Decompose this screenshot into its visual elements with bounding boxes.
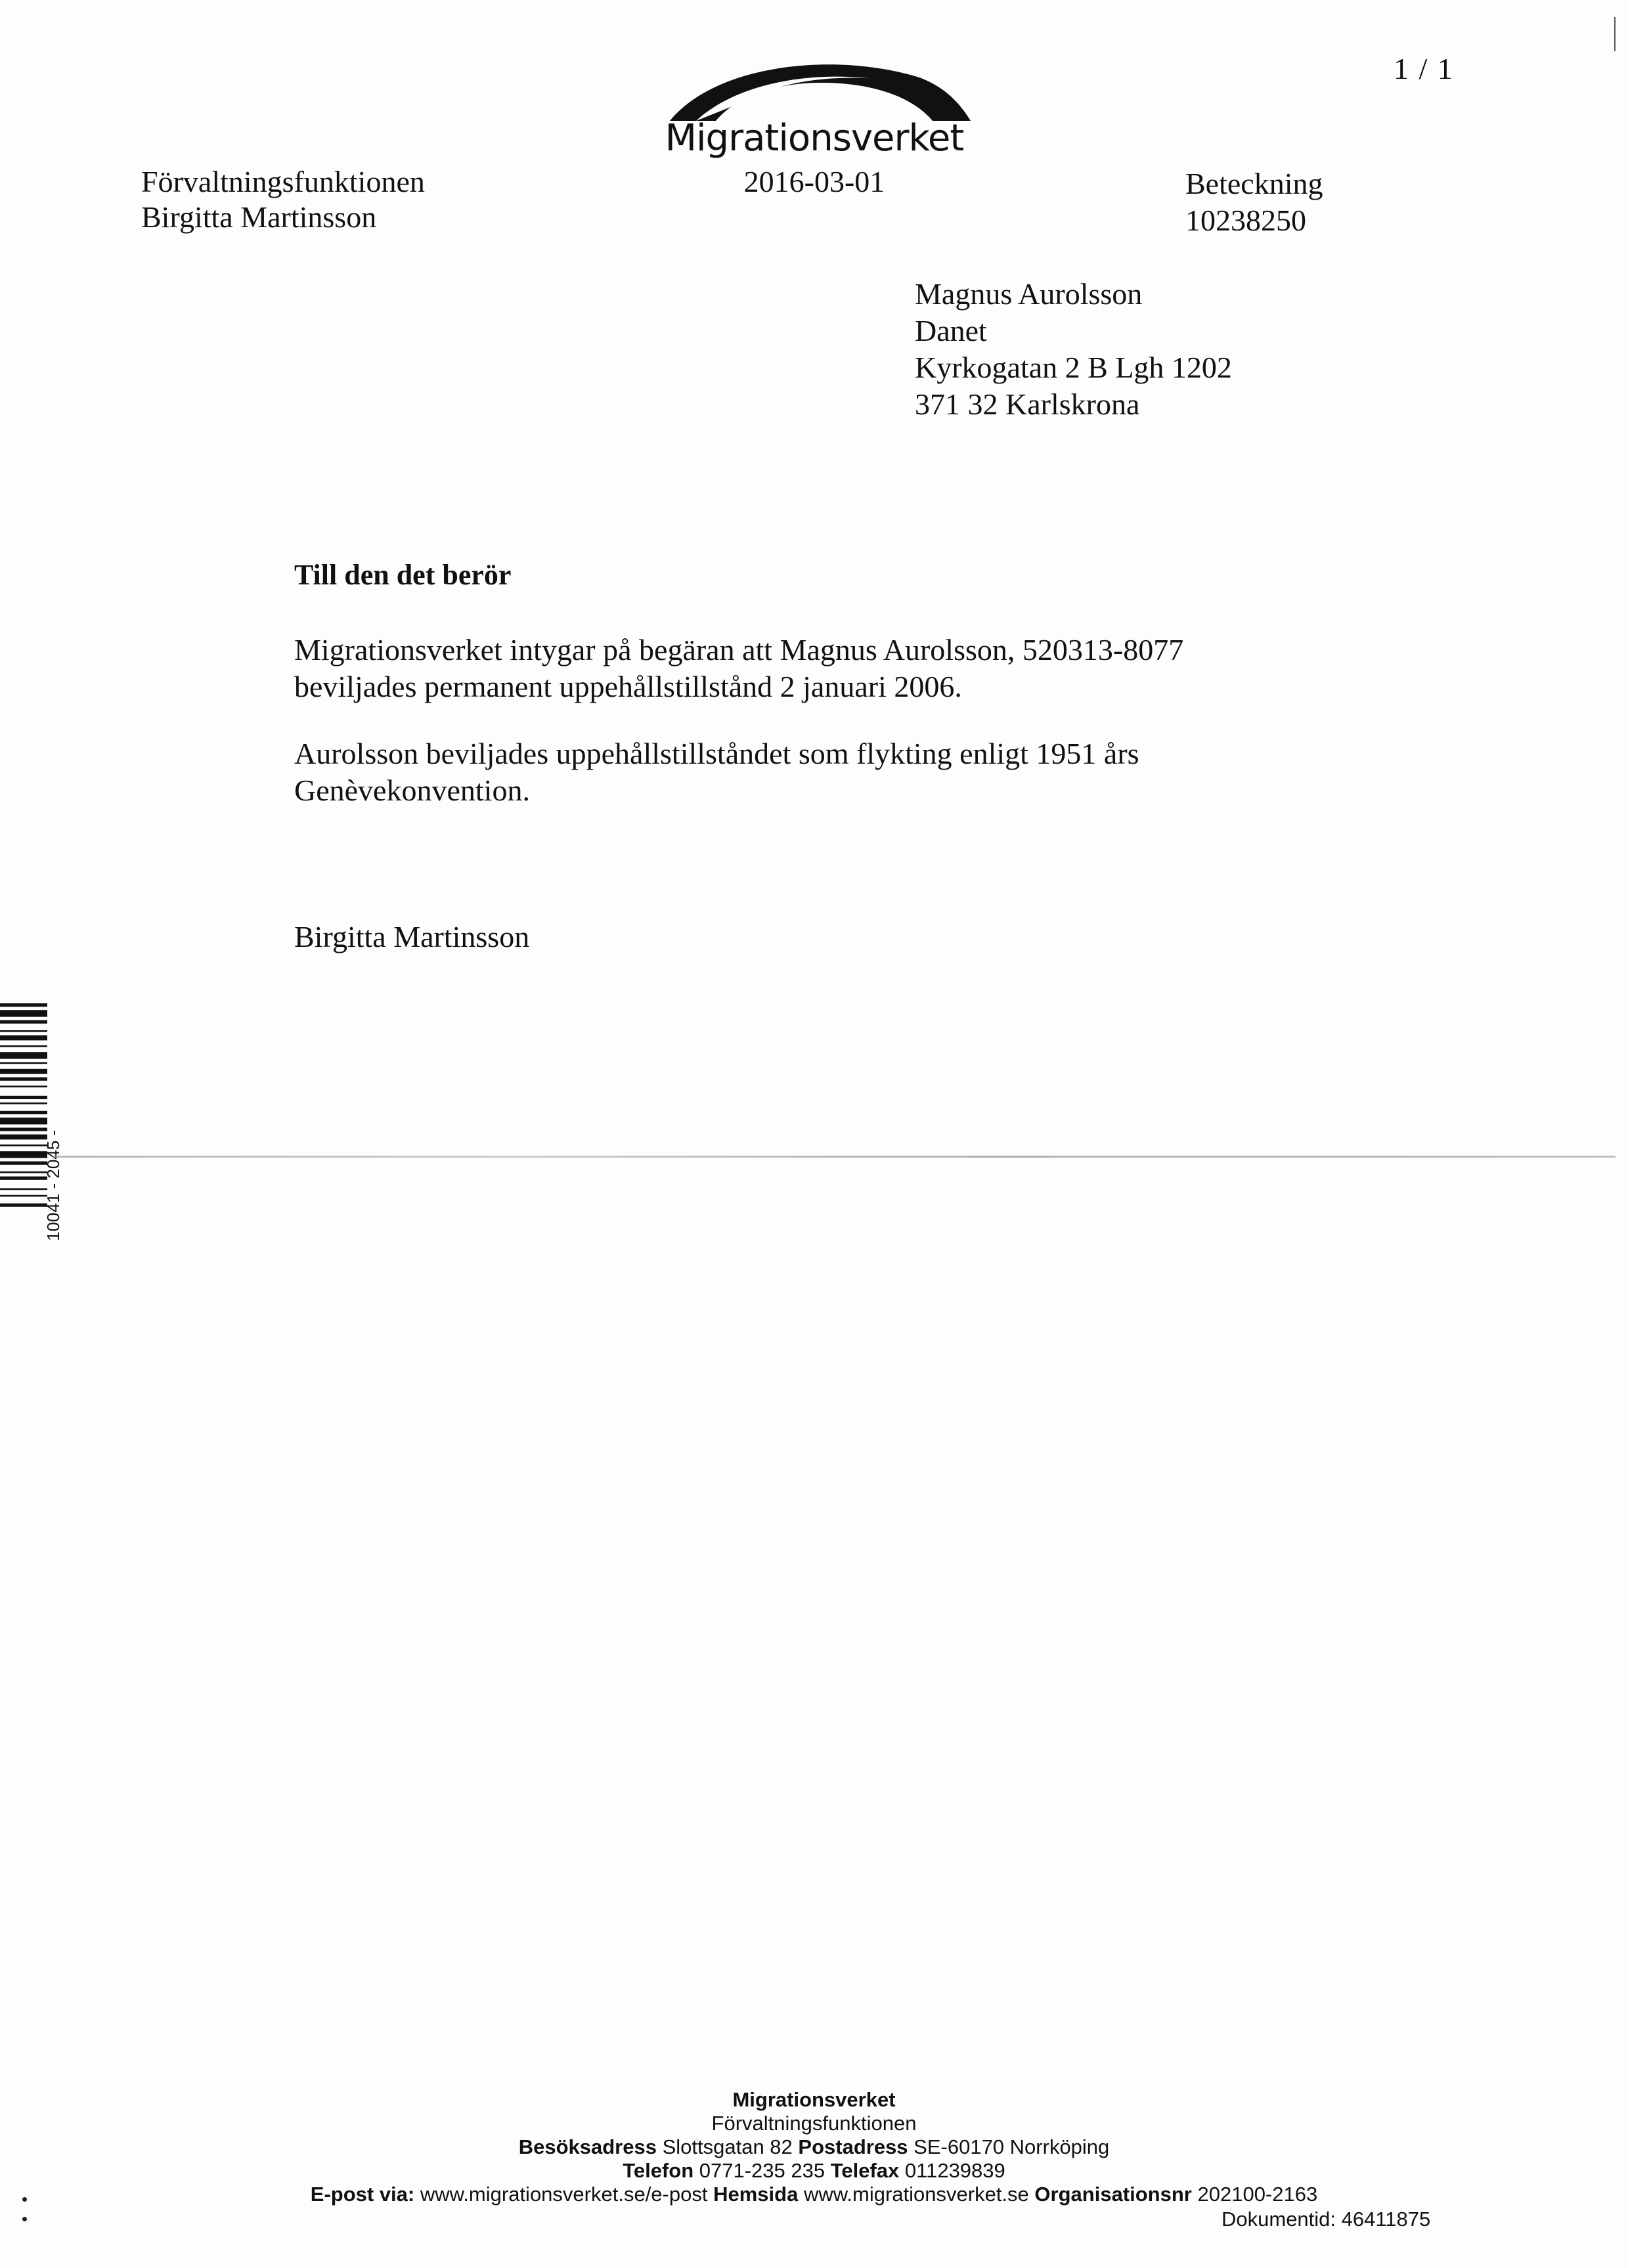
arch-logo-icon (657, 58, 979, 122)
phone-value: 0771-235 235 (699, 2159, 825, 2182)
footer: Migrationsverket Förvaltningsfunktionen … (0, 2088, 1628, 2206)
fax-label: Telefax (831, 2159, 900, 2182)
postal-address-value: SE-60170 Norrköping (913, 2135, 1109, 2158)
paragraph-line: beviljades permanent uppehållstillstånd … (294, 668, 1345, 705)
footer-phone-line: Telefon 0771-235 235 Telefax 011239839 (0, 2159, 1628, 2183)
recipient-postal: 371 32 Karlskrona (915, 386, 1232, 423)
footer-org: Migrationsverket (732, 2088, 895, 2111)
scan-speck (22, 2217, 27, 2221)
sender-department: Förvaltningsfunktionen (141, 164, 425, 200)
website-label: Hemsida (713, 2183, 798, 2206)
scan-edge-mark (1614, 17, 1616, 51)
paragraph-line: Genèvekonvention. (294, 772, 1345, 809)
scan-speck (22, 2197, 27, 2202)
org-number-label: Organisationsnr (1034, 2183, 1191, 2206)
footer-department: Förvaltningsfunktionen (0, 2112, 1628, 2135)
document-id: Dokumentid: 46411875 (1221, 2208, 1430, 2231)
paper-fold-line (53, 1156, 1616, 1158)
paragraph-line: Aurolsson beviljades uppehållstillstånde… (294, 735, 1345, 772)
recipient-name: Magnus Aurolsson (915, 276, 1232, 313)
recipient-street: Kyrkogatan 2 B Lgh 1202 (915, 349, 1232, 386)
reference-block: Beteckning 10238250 (1185, 165, 1323, 239)
email-label: E-post via: (311, 2183, 414, 2206)
org-number-value: 202100-2163 (1197, 2183, 1317, 2206)
fax-value: 011239839 (905, 2159, 1005, 2182)
paragraph-line: Migrationsverket intygar på begäran att … (294, 632, 1345, 668)
barcode-number: 10041 - 2045 - (43, 1130, 64, 1241)
website-link[interactable]: www.migrationsverket.se (804, 2183, 1029, 2206)
document-date: 2016-03-01 (630, 164, 998, 199)
visit-address-label: Besöksadress (519, 2135, 657, 2158)
refugee-status-paragraph: Aurolsson beviljades uppehållstillstånde… (294, 735, 1345, 809)
signature: Birgitta Martinsson (294, 919, 529, 954)
salutation: Till den det berör (294, 558, 511, 592)
sender-block: Förvaltningsfunktionen Birgitta Martinss… (141, 164, 425, 235)
barcode (0, 1003, 47, 1266)
recipient-line2: Danet (915, 313, 1232, 349)
visit-address-value: Slottsgatan 82 (663, 2135, 793, 2158)
sender-name: Birgitta Martinsson (141, 200, 425, 235)
footer-web-line: E-post via: www.migrationsverket.se/e-po… (0, 2183, 1628, 2206)
email-link[interactable]: www.migrationsverket.se/e-post (420, 2183, 708, 2206)
reference-value: 10238250 (1185, 202, 1323, 239)
postal-address-label: Postadress (798, 2135, 908, 2158)
reference-label: Beteckning (1185, 165, 1323, 202)
recipient-address: Magnus Aurolsson Danet Kyrkogatan 2 B Lg… (915, 276, 1232, 423)
certificate-paragraph: Migrationsverket intygar på begäran att … (294, 632, 1345, 705)
phone-label: Telefon (623, 2159, 693, 2182)
footer-address-line: Besöksadress Slottsgatan 82 Postadress S… (0, 2135, 1628, 2159)
org-wordmark: Migrationsverket (630, 117, 998, 160)
page-number: 1 / 1 (1394, 51, 1454, 86)
